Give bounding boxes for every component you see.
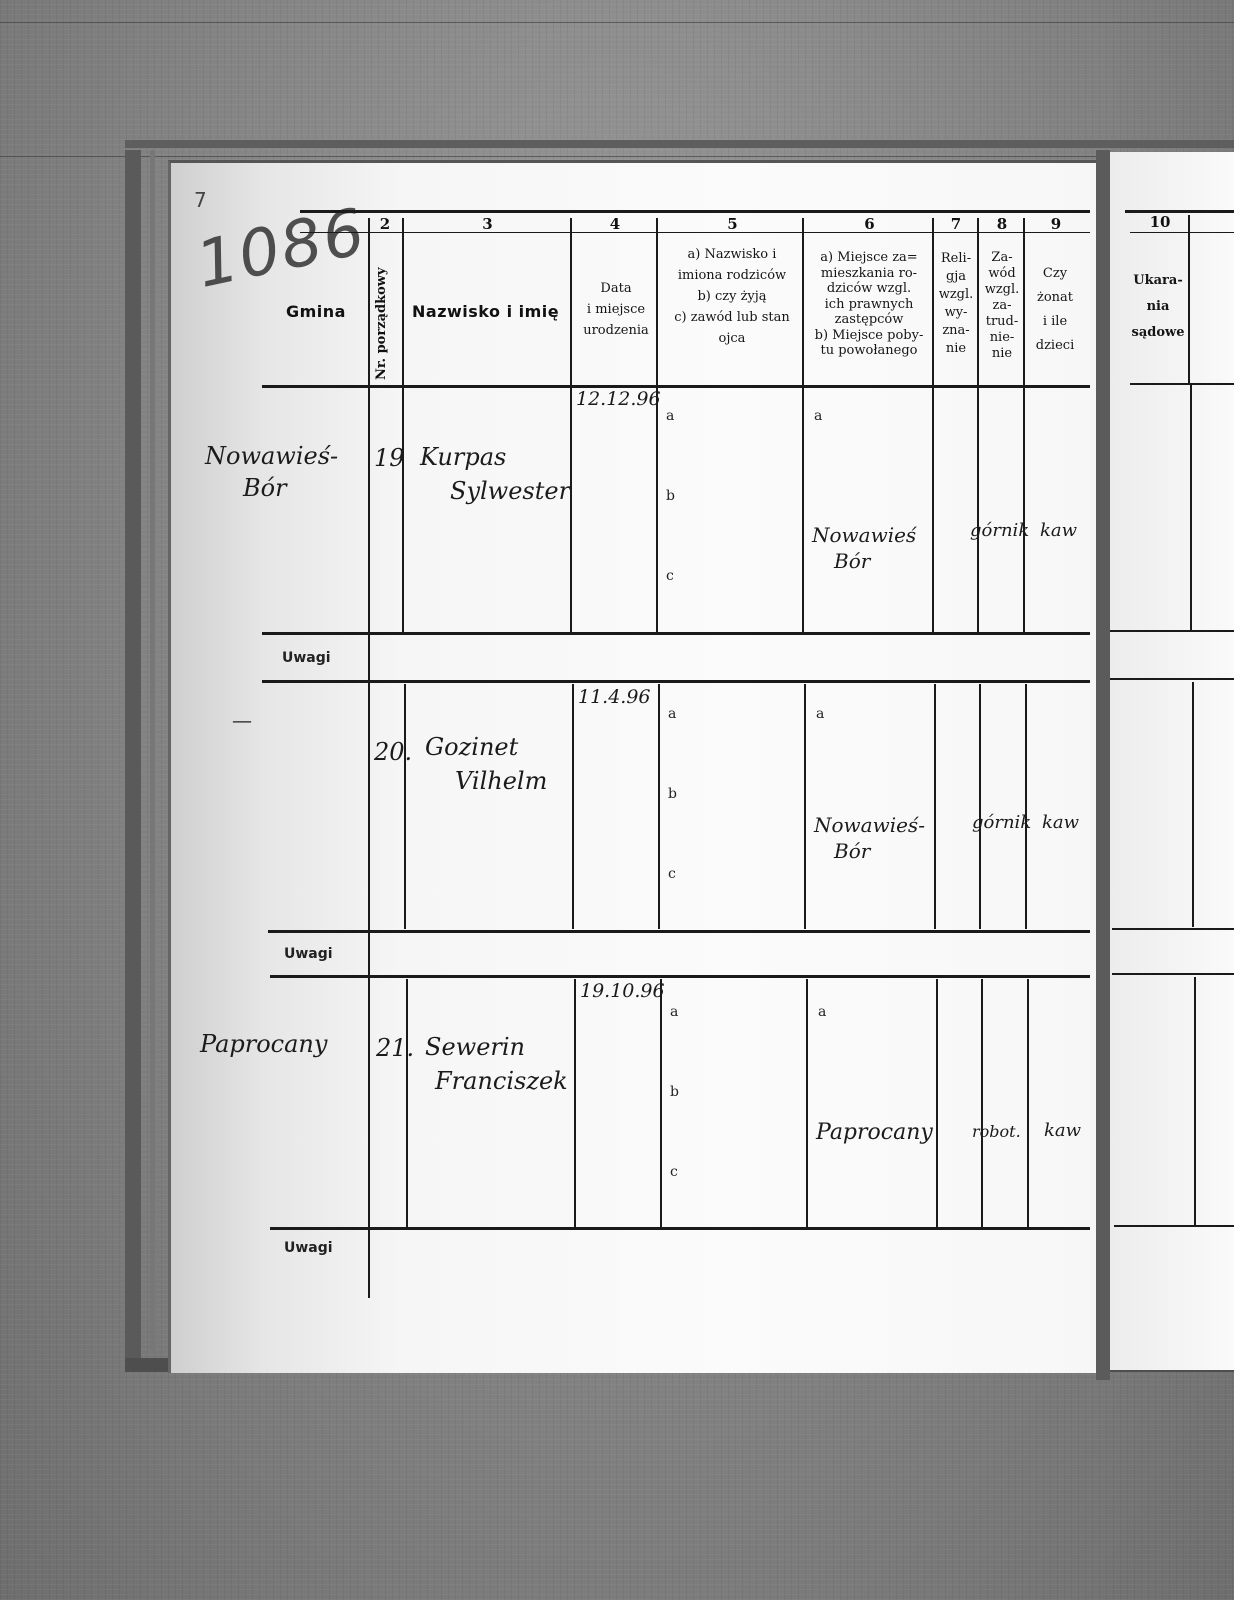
- sub-label-a: a: [814, 408, 822, 424]
- occupation-value: górnik: [972, 812, 1031, 833]
- header-line: ich prawnych: [804, 297, 934, 313]
- header-line: dzieci: [1026, 334, 1084, 358]
- column-rule: [402, 388, 404, 633]
- book-top-edge: [125, 140, 1234, 148]
- column-rule: [570, 218, 572, 386]
- remarks-bottom-rule-right: [1112, 973, 1234, 975]
- column-number-9: 9: [1026, 215, 1086, 233]
- column-rule: [1027, 979, 1029, 1227]
- header-line: b) Miejsce poby-: [804, 328, 934, 344]
- book-cover-edge: [125, 150, 141, 1360]
- column-number-4: 4: [575, 215, 655, 233]
- column-rule: [932, 218, 934, 386]
- right-header-bottom-rule: [1130, 383, 1234, 385]
- entry-bottom-rule: [270, 1227, 1090, 1230]
- residence-line: Nowawieś-: [814, 812, 925, 838]
- given-name: Vilhelm: [425, 764, 547, 798]
- header-line: za-: [980, 298, 1024, 314]
- name-value: Gozinet Vilhelm: [425, 730, 547, 798]
- header-line: mieszkania ro-: [804, 266, 934, 282]
- column-rule: [658, 684, 660, 929]
- sub-label-a: a: [666, 408, 674, 424]
- column-number-5: 5: [660, 215, 805, 233]
- entry-bottom-rule: [268, 930, 1090, 933]
- column-rule: [934, 684, 936, 929]
- header-line: wzgl.: [934, 286, 978, 304]
- header-line: zna-: [934, 322, 978, 340]
- header-zawod: Za- wód wzgl. za- trud- nie- nie: [980, 250, 1024, 362]
- nr-value: 20.: [374, 738, 412, 766]
- column-rule: [936, 979, 938, 1227]
- col9-partial-value: kaw: [1044, 1120, 1088, 1141]
- name-value: Kurpas Sylwester: [420, 440, 570, 508]
- residence-b-value: Paprocany: [816, 1120, 933, 1145]
- column-rule: [660, 979, 662, 1227]
- header-ukarania-sadowe: Ukara- nia sądowe: [1122, 268, 1194, 346]
- header-line: Data: [575, 278, 657, 299]
- entry-bottom-rule-right: [1110, 630, 1234, 632]
- remarks-bottom-rule: [262, 680, 1090, 683]
- header-line: i miejsce: [575, 299, 657, 320]
- header-line: b) czy żyją: [658, 286, 806, 307]
- header-line: nie-: [980, 330, 1024, 346]
- column-number-8: 8: [980, 215, 1024, 233]
- header-line: a) Miejsce za=: [804, 250, 934, 266]
- sub-label-b: b: [666, 488, 675, 504]
- remarks-bottom-rule: [270, 975, 1090, 978]
- column-rule: [802, 218, 804, 386]
- remarks-bottom-rule-right: [1110, 678, 1234, 680]
- birth-date-value: 19.10.96: [580, 980, 665, 1002]
- header-line: sądowe: [1122, 320, 1194, 346]
- header-line: a) Nazwisko i: [658, 244, 806, 265]
- column-number-6: 6: [806, 215, 933, 233]
- column-rule: [1023, 218, 1025, 386]
- column-rule: [406, 979, 408, 1227]
- header-line: nia: [1122, 294, 1194, 320]
- nr-value: 21.: [376, 1034, 414, 1062]
- column-rule: [1188, 215, 1190, 385]
- column-rule: [981, 979, 983, 1227]
- gmina-line: Nowawieś-: [205, 440, 338, 472]
- sub-label-a: a: [818, 1004, 826, 1020]
- column-rule: [656, 388, 658, 633]
- column-rule: [804, 684, 806, 929]
- occupation-value: górnik: [970, 520, 1029, 541]
- column-rule: [1025, 684, 1027, 929]
- column-rule: [932, 388, 934, 633]
- col9-partial-value: kaw: [1040, 520, 1086, 541]
- given-name: Franciszek: [425, 1064, 568, 1098]
- header-line: wód: [980, 266, 1024, 282]
- header-gmina: Gmina: [286, 302, 346, 321]
- given-name: Sylwester: [420, 474, 570, 508]
- sub-label-a: a: [668, 706, 676, 722]
- header-line: Ukara-: [1122, 268, 1194, 294]
- corner-mark: 7: [194, 188, 207, 212]
- birth-date-value: 11.4.96: [578, 686, 651, 708]
- column-rule: [802, 388, 804, 633]
- column-rule: [1192, 682, 1194, 927]
- header-line: nie: [934, 340, 978, 358]
- column-rule: [1194, 977, 1196, 1225]
- header-data-urodzenia: Data i miejsce urodzenia: [575, 278, 657, 341]
- right-header-number-rule: [1130, 232, 1234, 233]
- column-rule: [977, 218, 979, 386]
- column-rule: [570, 388, 572, 633]
- remarks-field: [374, 934, 1089, 976]
- gmina-value: Paprocany: [200, 1030, 327, 1058]
- header-bottom-rule: [262, 385, 1090, 388]
- column-rule: [979, 684, 981, 929]
- column-number-2: 2: [370, 215, 400, 233]
- sub-label-c: c: [670, 1164, 678, 1180]
- header-nr-porzadkowy: Nr. porządkowy: [374, 240, 389, 380]
- column-rule: [404, 684, 406, 929]
- column-rule: [1023, 388, 1025, 633]
- header-line: urodzenia: [575, 320, 657, 341]
- book-page-edge: [150, 150, 155, 1350]
- gmina-line: Bór: [205, 472, 338, 504]
- surname: Kurpas: [420, 440, 570, 474]
- header-top-rule: [300, 210, 1090, 213]
- birth-date-value: 12.12.96: [576, 388, 661, 410]
- col9-partial-value: kaw: [1042, 812, 1088, 833]
- header-line: tu powołanego: [804, 343, 934, 359]
- scan-line: [0, 156, 1234, 157]
- sub-label-a: a: [816, 706, 824, 722]
- remarks-field: [376, 1231, 1088, 1291]
- header-line: żonat: [1026, 286, 1084, 310]
- header-line: c) zawód lub stan: [658, 307, 806, 328]
- header-religja: Reli- gja wzgl. wy- zna- nie: [934, 250, 978, 358]
- entry-bottom-rule-right: [1114, 1225, 1234, 1227]
- remarks-label: Uwagi: [284, 946, 333, 962]
- column-rule: [656, 218, 658, 386]
- remarks-field: [372, 636, 1087, 680]
- column-number-7: 7: [935, 215, 977, 233]
- nr-value: 19: [374, 444, 405, 472]
- residence-line: Bór: [814, 838, 925, 864]
- gmina-value: —: [232, 708, 252, 732]
- surname: Gozinet: [425, 730, 547, 764]
- column-rule: [806, 979, 808, 1227]
- header-line: wy-: [934, 304, 978, 322]
- header-line: imiona rodziców: [658, 265, 806, 286]
- header-line: nie: [980, 346, 1024, 362]
- sub-label-b: b: [668, 786, 677, 802]
- surname: Sewerin: [425, 1030, 568, 1064]
- header-czy-zonaty: Czy żonat i ile dzieci: [1026, 262, 1084, 358]
- column-rule: [977, 388, 979, 633]
- entry-bottom-rule: [262, 632, 1090, 635]
- column-rule: [1190, 385, 1192, 630]
- header-miejsce-zamieszkania: a) Miejsce za= mieszkania ro- dziców wzg…: [804, 250, 934, 359]
- sub-label-b: b: [670, 1084, 679, 1100]
- header-line: wzgl.: [980, 282, 1024, 298]
- column-number-3: 3: [405, 215, 570, 233]
- header-nazwisko-i-imie: Nazwisko i imię: [412, 302, 559, 321]
- remarks-label: Uwagi: [282, 650, 331, 666]
- header-line: gja: [934, 268, 978, 286]
- column-rule: [574, 979, 576, 1227]
- column-rule: [572, 684, 574, 929]
- residence-line: Nowawieś: [812, 522, 916, 548]
- entry-bottom-rule-right: [1112, 928, 1234, 930]
- occupation-value: robot.: [972, 1122, 1021, 1141]
- sub-label-c: c: [666, 568, 674, 584]
- remarks-label: Uwagi: [284, 1240, 333, 1256]
- header-line: ojca: [658, 328, 806, 349]
- residence-b-value: Nowawieś Bór: [812, 522, 916, 574]
- header-line: Czy: [1026, 262, 1084, 286]
- name-value: Sewerin Franciszek: [425, 1030, 568, 1098]
- header-line: dziców wzgl.: [804, 281, 934, 297]
- header-rodzice: a) Nazwisko i imiona rodziców b) czy żyj…: [658, 244, 806, 349]
- sub-label-c: c: [668, 866, 676, 882]
- book-spine: [1096, 150, 1110, 1380]
- gmina-value: Nowawieś- Bór: [205, 440, 338, 504]
- header-line: trud-: [980, 314, 1024, 330]
- residence-b-value: Nowawieś- Bór: [814, 812, 925, 864]
- scan-line: [0, 22, 1234, 23]
- header-line: zastępców: [804, 312, 934, 328]
- residence-line: Bór: [812, 548, 916, 574]
- sub-label-a: a: [670, 1004, 678, 1020]
- column-number-10: 10: [1130, 213, 1190, 231]
- header-line: Za-: [980, 250, 1024, 266]
- header-line: Reli-: [934, 250, 978, 268]
- column-rule-nr-left: [368, 218, 370, 1298]
- header-line: i ile: [1026, 310, 1084, 334]
- column-rule: [402, 218, 404, 386]
